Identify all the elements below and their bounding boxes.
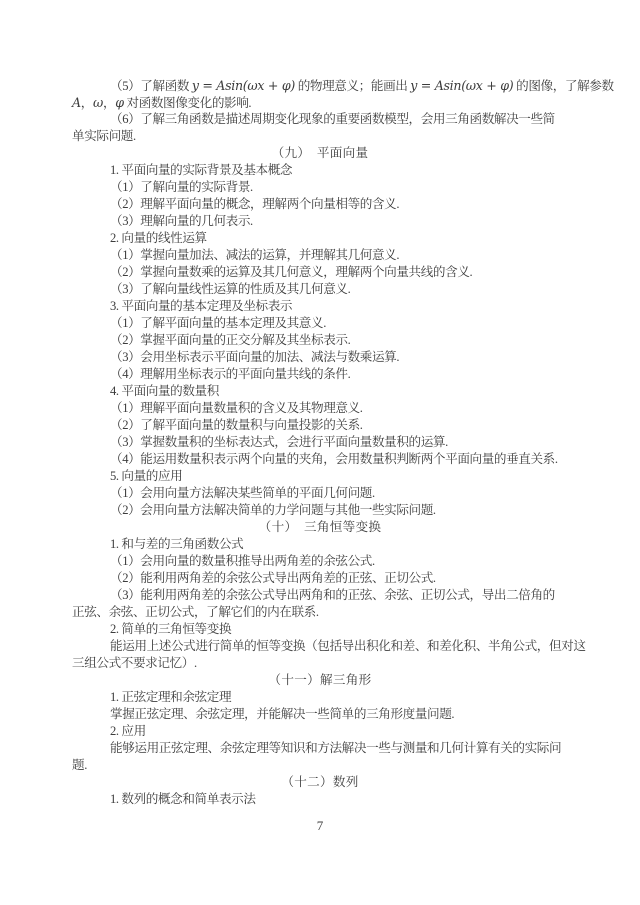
item-6-line-2: 单实际问题. <box>72 128 568 145</box>
text-run: 对函数图像变化的影响. <box>124 96 251 110</box>
text-run: 正弦、余弦、正切公式，了解它们的内在联系. <box>72 605 319 619</box>
text-run: 2. 向量的线性运算 <box>110 231 207 245</box>
text-run: 1. 平面向量的实际背景及基本概念 <box>110 163 292 177</box>
s10-t1-item-2: （2）能利用两角差的余弦公式导出两角差的正弦、正切公式. <box>72 570 568 587</box>
s9-topic-2: 2. 向量的线性运算 <box>72 230 568 247</box>
text-run: （1）会用向量方法解决某些简单的平面几何问题. <box>110 486 375 500</box>
text-run: 4. 平面向量的数量积 <box>110 384 219 398</box>
text-run: （2）了解平面向量的数量积与向量投影的关系. <box>110 418 363 432</box>
math-formula: y = Asin(ωx + φ) <box>192 78 295 93</box>
text-run: （十二）数列 <box>281 775 358 789</box>
text-run: 1. 数列的概念和简单表示法 <box>110 792 256 806</box>
text-run: （1）了解平面向量的基本定理及其意义. <box>110 316 326 330</box>
s11-t2-body-line-1: 能够运用正弦定理、余弦定理等知识和方法解决一些与测量和几何计算有关的实际问 <box>72 740 568 757</box>
text-run: 掌握正弦定理、余弦定理，并能解决一些简单的三角形度量问题. <box>110 707 454 721</box>
s9-t1-item-3: （3）理解向量的几何表示. <box>72 213 568 230</box>
text-run: 3. 平面向量的基本定理及坐标表示 <box>110 299 292 313</box>
text-run: （3）了解向量线性运算的性质及其几何意义. <box>110 282 350 296</box>
s9-t4-item-1: （1）理解平面向量数量积的含义及其物理意义. <box>72 400 568 417</box>
s9-t1-item-1: （1）了解向量的实际背景. <box>72 179 568 196</box>
text-run: （1）了解向量的实际背景. <box>110 180 253 194</box>
s9-t3-item-2: （2）掌握平面向量的正交分解及其坐标表示. <box>72 332 568 349</box>
s11-t2-body-line-2: 题. <box>72 757 568 774</box>
s9-t2-item-1: （1）掌握向量加法、减法的运算，并理解其几何意义. <box>72 247 568 264</box>
s9-t4-item-4: （4）能运用数量积表示两个向量的夹角，会用数量积判断两个平面向量的垂直关系. <box>72 451 568 468</box>
text-run: （4）理解用坐标表示的平面向量共线的条件. <box>110 367 350 381</box>
s9-t3-item-4: （4）理解用坐标表示的平面向量共线的条件. <box>72 366 568 383</box>
text-run: （2）理解平面向量的概念，理解两个向量相等的含义. <box>110 197 399 211</box>
s11-topic-2: 2. 应用 <box>72 723 568 740</box>
text-run: （3）掌握数量积的坐标表达式，会进行平面向量数量积的运算. <box>110 435 448 449</box>
text-run: （2）掌握平面向量的正交分解及其坐标表示. <box>110 333 350 347</box>
math-formula: y = Asin(ωx + φ) <box>410 78 513 93</box>
text-run: （3）理解向量的几何表示. <box>110 214 253 228</box>
text-run: （6）了解三角函数是描述周期变化现象的重要函数模型，会用三角函数解决一些简 <box>110 112 555 126</box>
s9-t3-item-1: （1）了解平面向量的基本定理及其意义. <box>72 315 568 332</box>
s12-topic-1: 1. 数列的概念和简单表示法 <box>72 791 568 808</box>
text-run: 的图像，了解参数 <box>513 79 613 93</box>
math-formula: A <box>72 95 81 110</box>
s9-t4-item-3: （3）掌握数量积的坐标表达式，会进行平面向量数量积的运算. <box>72 434 568 451</box>
text-run: （2）能利用两角差的余弦公式导出两角差的正弦、正切公式. <box>110 571 436 585</box>
s9-topic-1: 1. 平面向量的实际背景及基本概念 <box>72 162 568 179</box>
math-formula: ω <box>93 95 103 110</box>
text-run: ， <box>103 96 115 110</box>
s11-t1-body: 掌握正弦定理、余弦定理，并能解决一些简单的三角形度量问题. <box>72 706 568 723</box>
text-run: （3）会用坐标表示平面向量的加法、减法与数乘运算. <box>110 350 399 364</box>
s9-t5-item-1: （1）会用向量方法解决某些简单的平面几何问题. <box>72 485 568 502</box>
text-run: 三组公式不要求记忆）. <box>72 656 197 670</box>
text-run: 单实际问题. <box>72 129 136 143</box>
item-6-line-1: （6）了解三角函数是描述周期变化现象的重要函数模型，会用三角函数解决一些简 <box>72 111 568 128</box>
s10-t2-body-line-1: 能运用上述公式进行简单的恒等变换（包括导出积化和差、和差化积、半角公式，但对这 <box>72 638 568 655</box>
text-run: （十） 三角恒等变换 <box>259 520 382 534</box>
text-run: （2）会用向量方法解决简单的力学问题与其他一些实际问题. <box>110 503 436 517</box>
text-run: （2）掌握向量数乘的运算及其几何意义，理解两个向量共线的含义. <box>110 265 472 279</box>
s10-topic-2: 2. 简单的三角恒等变换 <box>72 621 568 638</box>
s10-t1-item-1: （1）会用向量的数量积推导出两角差的余弦公式. <box>72 553 568 570</box>
text-run: 1. 和与差的三角函数公式 <box>110 537 243 551</box>
section-12-heading: （十二）数列 <box>72 774 568 791</box>
item-5-line-2: A，ω，φ 对函数图像变化的影响. <box>72 94 568 111</box>
text-run: 能运用上述公式进行简单的恒等变换（包括导出积化和差、和差化积、半角公式，但对这 <box>110 639 586 653</box>
text-run: （1）会用向量的数量积推导出两角差的余弦公式. <box>110 554 375 568</box>
s9-t5-item-2: （2）会用向量方法解决简单的力学问题与其他一些实际问题. <box>72 502 568 519</box>
text-run: 1. 正弦定理和余弦定理 <box>110 690 231 704</box>
text-run: 题. <box>72 758 87 772</box>
text-run: ， <box>81 96 93 110</box>
text-run: （十一）解三角形 <box>268 673 371 687</box>
text-run: （九） 平面向量 <box>272 146 369 160</box>
s9-t1-item-2: （2）理解平面向量的概念，理解两个向量相等的含义. <box>72 196 568 213</box>
page-number: 7 <box>0 818 640 834</box>
text-run: 能够运用正弦定理、余弦定理等知识和方法解决一些与测量和几何计算有关的实际问 <box>110 741 561 755</box>
s9-topic-5: 5. 向量的应用 <box>72 468 568 485</box>
text-run: （3）能利用两角差的余弦公式导出两角和的正弦、余弦、正切公式，导出二倍角的 <box>110 588 555 602</box>
s10-t1-item-3-line-2: 正弦、余弦、正切公式，了解它们的内在联系. <box>72 604 568 621</box>
text-run: 5. 向量的应用 <box>110 469 182 483</box>
text-run: 2. 简单的三角恒等变换 <box>110 622 231 636</box>
section-11-heading: （十一）解三角形 <box>72 672 568 689</box>
item-5-line-1: （5）了解函数 y = Asin(ωx + φ) 的物理意义；能画出 y = A… <box>72 77 568 94</box>
s11-topic-1: 1. 正弦定理和余弦定理 <box>72 689 568 706</box>
section-9-heading: （九） 平面向量 <box>72 145 568 162</box>
s9-t4-item-2: （2）了解平面向量的数量积与向量投影的关系. <box>72 417 568 434</box>
text-run: （5）了解函数 <box>110 79 192 93</box>
s9-t2-item-3: （3）了解向量线性运算的性质及其几何意义. <box>72 281 568 298</box>
document-lines: （5）了解函数 y = Asin(ωx + φ) 的物理意义；能画出 y = A… <box>72 77 568 808</box>
s9-topic-3: 3. 平面向量的基本定理及坐标表示 <box>72 298 568 315</box>
text-run: 2. 应用 <box>110 724 146 738</box>
text-run: （4）能运用数量积表示两个向量的夹角，会用数量积判断两个平面向量的垂直关系. <box>110 452 558 466</box>
s9-topic-4: 4. 平面向量的数量积 <box>72 383 568 400</box>
math-formula: φ <box>115 95 124 110</box>
document-page: （5）了解函数 y = Asin(ωx + φ) 的物理意义；能画出 y = A… <box>0 0 640 905</box>
text-run: （1）理解平面向量数量积的含义及其物理意义. <box>110 401 363 415</box>
text-run: （1）掌握向量加法、减法的运算，并理解其几何意义. <box>110 248 399 262</box>
s9-t3-item-3: （3）会用坐标表示平面向量的加法、减法与数乘运算. <box>72 349 568 366</box>
s10-t1-item-3-line-1: （3）能利用两角差的余弦公式导出两角和的正弦、余弦、正切公式，导出二倍角的 <box>72 587 568 604</box>
section-10-heading: （十） 三角恒等变换 <box>72 519 568 536</box>
text-run: 的物理意义；能画出 <box>295 79 410 93</box>
s9-t2-item-2: （2）掌握向量数乘的运算及其几何意义，理解两个向量共线的含义. <box>72 264 568 281</box>
s10-topic-1: 1. 和与差的三角函数公式 <box>72 536 568 553</box>
s10-t2-body-line-2: 三组公式不要求记忆）. <box>72 655 568 672</box>
